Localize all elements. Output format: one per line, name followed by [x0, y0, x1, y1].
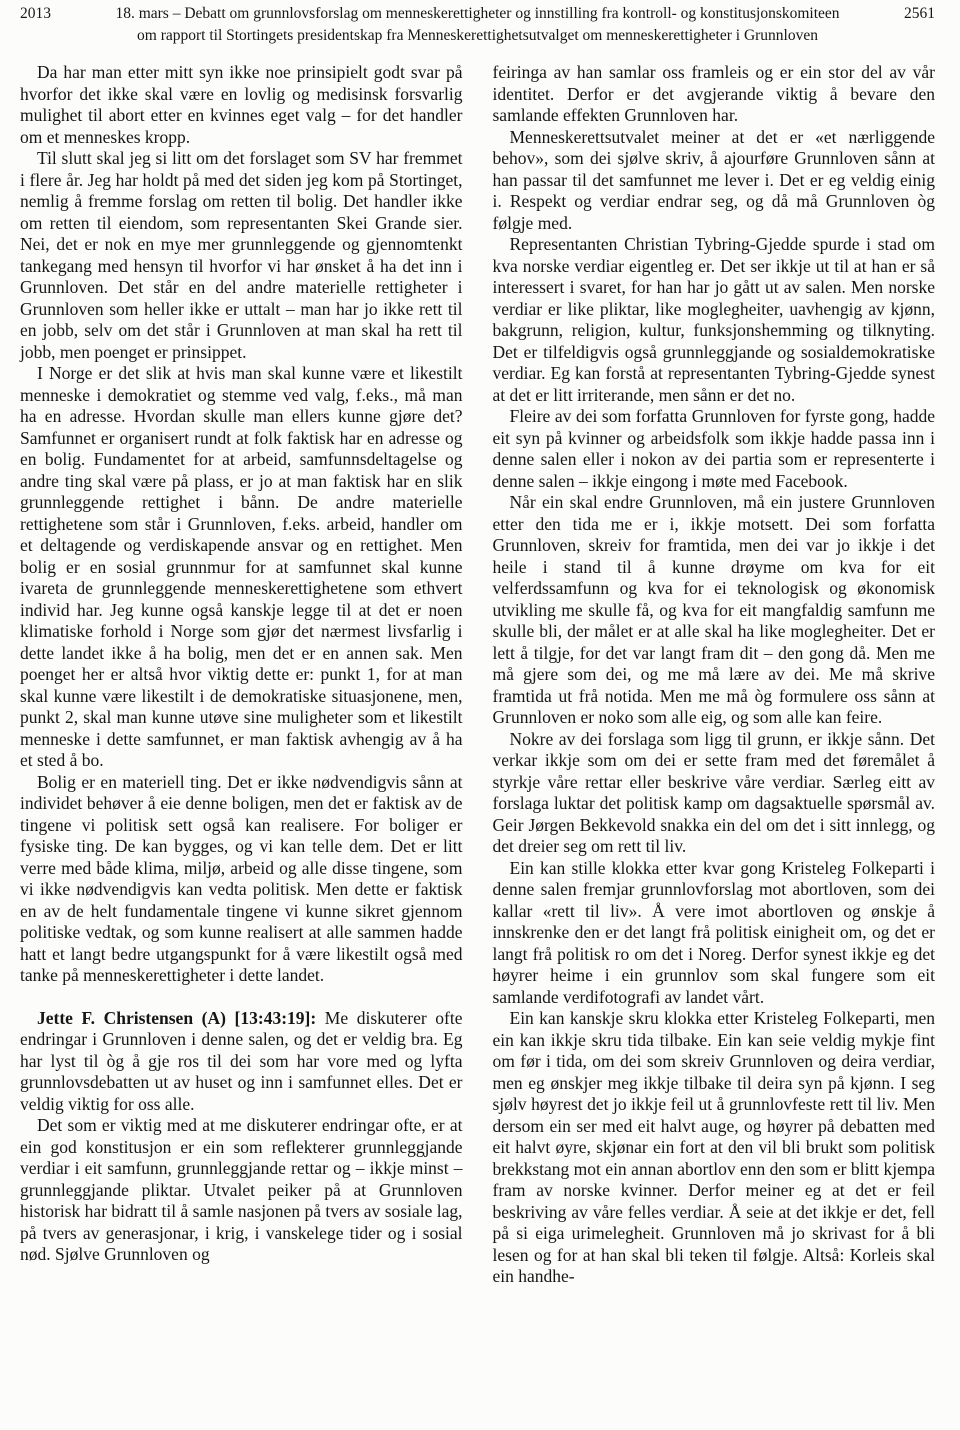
- left-column: Da har man etter mitt syn ikke noe prins…: [20, 62, 463, 1288]
- transcript-body: Da har man etter mitt syn ikke noe prins…: [20, 62, 935, 1288]
- paragraph: Fleire av dei som forfatta Grunnloven fo…: [493, 406, 936, 492]
- paragraph: Nokre av dei forslaga som ligg til grunn…: [493, 729, 936, 858]
- speaker-name: Jette F. Christensen (A) [13:43:19]:: [37, 1008, 316, 1028]
- header-page-number: 2561: [883, 3, 935, 25]
- paragraph: Bolig er en materiell ting. Det er ikke …: [20, 772, 463, 987]
- paragraph: Da har man etter mitt syn ikke noe prins…: [20, 62, 463, 148]
- page-header: 2013 18. mars – Debatt om grunnlovsforsl…: [20, 3, 935, 47]
- document-page: 2013 18. mars – Debatt om grunnlovsforsl…: [0, 0, 960, 1430]
- paragraph: Det som er viktig med at me diskuterer e…: [20, 1115, 463, 1266]
- paragraph: Ein kan stille klokka etter kvar gong Kr…: [493, 858, 936, 1009]
- paragraph: Representanten Christian Tybring-Gjedde …: [493, 234, 936, 406]
- paragraph: Når ein skal endre Grunnloven, må ein ju…: [493, 492, 936, 729]
- speech-paragraph: Jette F. Christensen (A) [13:43:19]: Me …: [20, 1008, 463, 1116]
- header-title-line1: 18. mars – Debatt om grunnlovsforslag om…: [80, 3, 875, 25]
- paragraph: I Norge er det slik at hvis man skal kun…: [20, 363, 463, 772]
- paragraph: Til slutt skal jeg si litt om det forsla…: [20, 148, 463, 363]
- paragraph: Ein kan kanskje skru klokka etter Kriste…: [493, 1008, 936, 1288]
- paragraph: Menneskerettsutvalet meiner at det er «e…: [493, 127, 936, 235]
- header-title: 18. mars – Debatt om grunnlovsforslag om…: [72, 3, 883, 47]
- right-column: feiringa av han samlar oss framleis og e…: [493, 62, 936, 1288]
- header-year: 2013: [20, 3, 72, 25]
- header-title-line2: om rapport til Stortingets presidentskap…: [80, 25, 875, 47]
- paragraph: feiringa av han samlar oss framleis og e…: [493, 62, 936, 127]
